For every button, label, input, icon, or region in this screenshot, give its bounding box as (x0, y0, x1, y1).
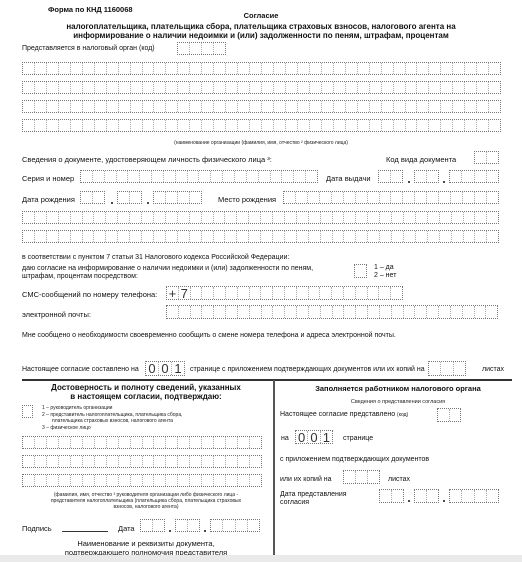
input-cell[interactable] (451, 306, 463, 318)
input-cell[interactable] (95, 437, 107, 448)
input-cell[interactable] (355, 265, 366, 277)
input-cell[interactable] (392, 231, 404, 242)
input-cell[interactable] (380, 306, 392, 318)
input-cell[interactable] (356, 287, 368, 299)
input-cell[interactable] (475, 171, 487, 182)
input-cell[interactable] (81, 192, 93, 203)
input-cell[interactable] (47, 212, 59, 223)
input-cell[interactable] (394, 82, 406, 93)
input-cell[interactable] (35, 63, 47, 74)
input-cell[interactable] (178, 475, 190, 486)
input-cell[interactable] (417, 101, 429, 112)
input-cell[interactable] (107, 82, 119, 93)
signer-date-day[interactable] (140, 519, 165, 532)
input-cell[interactable] (140, 171, 152, 182)
input-cell[interactable] (143, 101, 155, 112)
input-cell[interactable] (35, 437, 47, 448)
input-cell[interactable] (226, 63, 238, 74)
input-cell[interactable] (356, 231, 368, 242)
birth-place-row-2[interactable] (22, 211, 499, 224)
input-cell[interactable] (465, 120, 477, 131)
input-cell[interactable] (282, 171, 294, 182)
input-cell[interactable] (382, 120, 394, 131)
input-cell[interactable] (298, 101, 310, 112)
input-cell[interactable] (190, 192, 201, 203)
input-cell[interactable] (368, 231, 380, 242)
input-cell[interactable] (190, 43, 202, 54)
input-cell[interactable] (404, 306, 416, 318)
input-cell[interactable] (487, 490, 498, 502)
input-cell[interactable] (166, 120, 178, 131)
input-cell[interactable] (202, 101, 214, 112)
input-cell[interactable] (394, 101, 406, 112)
input-cell[interactable] (131, 63, 143, 74)
input-cell[interactable] (226, 287, 238, 299)
input-cell[interactable] (119, 63, 131, 74)
input-cell[interactable] (403, 192, 415, 203)
input-cell[interactable] (166, 437, 178, 448)
input-cell[interactable] (489, 101, 500, 112)
input-cell[interactable] (47, 475, 59, 486)
input-cell[interactable] (119, 456, 131, 467)
input-cell[interactable] (250, 101, 262, 112)
input-cell[interactable] (118, 192, 130, 203)
input-cell[interactable] (440, 231, 452, 242)
input-cell[interactable] (489, 82, 500, 93)
input-cell[interactable] (475, 490, 487, 502)
input-cell[interactable] (164, 171, 176, 182)
input-cell[interactable] (382, 63, 394, 74)
input-cell[interactable] (259, 171, 271, 182)
input-cell[interactable] (119, 120, 131, 131)
input-cell[interactable] (332, 192, 344, 203)
input-cell[interactable] (309, 212, 321, 223)
input-cell[interactable]: 1 (321, 431, 332, 443)
input-cell[interactable] (379, 171, 391, 182)
input-cell[interactable] (176, 520, 188, 531)
input-cell[interactable] (450, 409, 461, 421)
input-cell[interactable] (296, 192, 308, 203)
input-cell[interactable] (415, 192, 427, 203)
input-cell[interactable] (130, 212, 142, 223)
submitted-code-field[interactable] (437, 408, 461, 422)
input-cell[interactable] (35, 82, 47, 93)
organization-name-row-1[interactable] (22, 62, 501, 75)
input-cell[interactable] (465, 63, 477, 74)
input-cell[interactable] (117, 171, 129, 182)
input-cell[interactable] (23, 475, 35, 486)
input-cell[interactable] (379, 287, 391, 299)
input-cell[interactable] (439, 192, 451, 203)
input-cell[interactable] (35, 212, 47, 223)
consent-choice-field[interactable] (354, 264, 367, 278)
input-cell[interactable] (321, 212, 333, 223)
birth-place-row-1[interactable] (283, 191, 499, 204)
input-cell[interactable] (284, 192, 296, 203)
input-cell[interactable] (486, 306, 497, 318)
input-cell[interactable] (344, 287, 356, 299)
input-cell[interactable] (166, 192, 178, 203)
input-cell[interactable] (83, 475, 95, 486)
input-cell[interactable] (166, 63, 178, 74)
input-cell[interactable] (321, 306, 333, 318)
input-cell[interactable] (83, 101, 95, 112)
birth-date-month[interactable] (117, 191, 142, 204)
input-cell[interactable] (475, 231, 487, 242)
input-cell[interactable] (310, 82, 322, 93)
input-cell[interactable] (453, 63, 465, 74)
signature-line[interactable] (62, 531, 108, 532)
input-cell[interactable] (370, 101, 382, 112)
input-cell[interactable] (249, 212, 261, 223)
input-cell[interactable] (107, 475, 119, 486)
input-cell[interactable] (226, 82, 238, 93)
input-cell[interactable] (334, 82, 346, 93)
input-cell[interactable] (250, 287, 262, 299)
input-cell[interactable] (346, 63, 358, 74)
input-cell[interactable] (119, 101, 131, 112)
input-cell[interactable] (143, 120, 155, 131)
birth-date-year[interactable] (153, 191, 202, 204)
input-cell[interactable] (214, 82, 226, 93)
input-cell[interactable] (143, 456, 155, 467)
input-cell[interactable] (47, 437, 59, 448)
input-cell[interactable] (190, 101, 202, 112)
input-cell[interactable] (450, 171, 462, 182)
input-cell[interactable] (380, 192, 392, 203)
input-cell[interactable] (94, 212, 106, 223)
input-cell[interactable] (190, 456, 202, 467)
input-cell[interactable] (166, 82, 178, 93)
input-cell[interactable] (154, 63, 166, 74)
input-cell[interactable] (333, 306, 345, 318)
issue-date-month[interactable] (414, 170, 439, 183)
input-cell[interactable] (23, 63, 35, 74)
input-cell[interactable] (406, 63, 418, 74)
input-cell[interactable] (427, 306, 439, 318)
input-cell[interactable] (128, 171, 140, 182)
input-cell[interactable] (465, 101, 477, 112)
input-cell[interactable] (344, 231, 356, 242)
input-cell[interactable] (190, 63, 202, 74)
input-cell[interactable] (462, 171, 474, 182)
input-cell[interactable] (417, 120, 429, 131)
input-cell[interactable] (463, 192, 475, 203)
input-cell[interactable] (83, 63, 95, 74)
input-cell[interactable] (406, 101, 418, 112)
input-cell[interactable] (344, 306, 356, 318)
input-cell[interactable] (178, 82, 190, 93)
input-cell[interactable] (226, 120, 238, 131)
input-cell[interactable] (391, 192, 403, 203)
input-cell[interactable] (191, 287, 203, 299)
input-cell[interactable] (237, 212, 249, 223)
input-cell[interactable] (59, 456, 71, 467)
input-cell[interactable] (406, 82, 418, 93)
input-cell[interactable] (83, 231, 95, 242)
input-cell[interactable] (306, 171, 317, 182)
input-cell[interactable] (131, 82, 143, 93)
issue-date-day[interactable] (378, 170, 403, 183)
input-cell[interactable] (273, 212, 285, 223)
input-cell[interactable] (214, 306, 226, 318)
input-cell[interactable] (322, 82, 334, 93)
input-cell[interactable] (285, 212, 297, 223)
input-cell[interactable] (309, 231, 321, 242)
input-cell[interactable] (94, 231, 106, 242)
input-cell[interactable] (477, 120, 489, 131)
input-cell[interactable] (131, 475, 143, 486)
input-cell[interactable] (380, 490, 392, 502)
submission-date-month[interactable] (414, 489, 439, 503)
input-cell[interactable] (238, 101, 250, 112)
input-cell[interactable] (59, 82, 71, 93)
sheets-count-field[interactable] (428, 361, 466, 376)
input-cell[interactable] (427, 192, 439, 203)
input-cell[interactable] (143, 437, 155, 448)
signer-name-row-2[interactable] (22, 455, 262, 468)
input-cell[interactable] (118, 212, 130, 223)
input-cell[interactable] (310, 101, 322, 112)
input-cell[interactable] (438, 409, 450, 421)
input-cell[interactable] (119, 82, 131, 93)
input-cell[interactable] (262, 306, 274, 318)
input-cell[interactable] (238, 475, 250, 486)
input-cell[interactable] (214, 101, 226, 112)
input-cell[interactable] (415, 490, 427, 502)
input-cell[interactable] (394, 63, 406, 74)
input-cell[interactable] (334, 120, 346, 131)
input-cell[interactable] (333, 231, 345, 242)
organization-name-row-2[interactable] (22, 81, 501, 94)
input-cell[interactable] (71, 212, 83, 223)
input-cell[interactable] (71, 231, 83, 242)
input-cell[interactable] (190, 231, 202, 242)
input-cell[interactable] (356, 212, 368, 223)
input-cell[interactable] (131, 437, 143, 448)
input-cell[interactable] (285, 306, 297, 318)
input-cell[interactable] (199, 171, 211, 182)
input-cell[interactable] (47, 456, 59, 467)
input-cell[interactable] (285, 231, 297, 242)
input-cell[interactable] (226, 475, 238, 486)
input-cell[interactable] (475, 212, 487, 223)
input-cell[interactable] (429, 82, 441, 93)
input-cell[interactable] (297, 306, 309, 318)
input-cell[interactable] (23, 120, 35, 131)
input-cell[interactable] (262, 63, 274, 74)
input-cell[interactable] (166, 101, 178, 112)
input-cell[interactable] (214, 437, 226, 448)
input-cell[interactable] (487, 171, 498, 182)
input-cell[interactable] (178, 437, 190, 448)
input-cell[interactable] (320, 287, 332, 299)
input-cell[interactable] (262, 120, 274, 131)
input-cell[interactable] (262, 101, 274, 112)
input-cell[interactable] (190, 120, 202, 131)
input-cell[interactable] (23, 456, 35, 467)
input-cell[interactable] (346, 120, 358, 131)
input-cell[interactable] (23, 231, 35, 242)
input-cell[interactable] (238, 306, 250, 318)
input-cell[interactable] (310, 63, 322, 74)
input-cell[interactable] (178, 456, 190, 467)
input-cell[interactable] (179, 306, 191, 318)
input-cell[interactable] (95, 63, 107, 74)
input-cell[interactable] (154, 475, 166, 486)
input-cell[interactable] (214, 43, 225, 54)
input-cell[interactable] (334, 101, 346, 112)
input-cell[interactable] (475, 152, 487, 163)
input-cell[interactable] (223, 520, 235, 531)
input-cell[interactable] (47, 101, 59, 112)
input-cell[interactable] (226, 456, 238, 467)
input-cell[interactable] (297, 287, 309, 299)
input-cell[interactable] (247, 171, 259, 182)
input-cell[interactable] (238, 287, 250, 299)
input-cell[interactable] (191, 306, 203, 318)
input-cell[interactable] (238, 63, 250, 74)
input-cell[interactable] (450, 490, 462, 502)
input-cell[interactable] (286, 82, 298, 93)
input-cell[interactable] (83, 82, 95, 93)
input-cell[interactable] (489, 120, 500, 131)
input-cell[interactable] (154, 456, 166, 467)
input-cell[interactable] (93, 171, 105, 182)
input-cell[interactable] (487, 152, 498, 163)
input-cell[interactable] (154, 231, 166, 242)
input-cell[interactable] (214, 212, 226, 223)
input-cell[interactable] (178, 43, 190, 54)
input-cell[interactable] (370, 120, 382, 131)
input-cell[interactable] (286, 101, 298, 112)
input-cell[interactable] (250, 437, 261, 448)
input-cell[interactable] (152, 171, 164, 182)
input-cell[interactable] (119, 437, 131, 448)
input-cell[interactable] (71, 63, 83, 74)
input-cell[interactable] (441, 362, 453, 375)
input-cell[interactable] (95, 82, 107, 93)
input-cell[interactable] (358, 82, 370, 93)
input-cell[interactable]: 7 (179, 287, 191, 299)
input-cell[interactable] (95, 101, 107, 112)
input-cell[interactable] (428, 212, 440, 223)
input-cell[interactable] (105, 171, 117, 182)
input-cell[interactable] (391, 287, 402, 299)
input-cell[interactable] (130, 192, 141, 203)
input-cell[interactable] (154, 212, 166, 223)
input-cell[interactable] (238, 82, 250, 93)
input-cell[interactable] (35, 475, 47, 486)
input-cell[interactable] (404, 212, 416, 223)
input-cell[interactable] (35, 120, 47, 131)
input-cell[interactable] (47, 63, 59, 74)
input-cell[interactable] (47, 82, 59, 93)
input-cell[interactable] (439, 306, 451, 318)
input-cell[interactable] (93, 192, 104, 203)
input-cell[interactable] (382, 101, 394, 112)
input-cell[interactable] (380, 231, 392, 242)
input-cell[interactable] (95, 120, 107, 131)
input-cell[interactable] (346, 101, 358, 112)
input-cell[interactable] (322, 120, 334, 131)
input-cell[interactable] (178, 231, 190, 242)
input-cell[interactable] (23, 406, 32, 417)
input-cell[interactable] (286, 120, 298, 131)
input-cell[interactable] (236, 520, 248, 531)
input-cell[interactable] (190, 437, 202, 448)
input-cell[interactable] (417, 63, 429, 74)
input-cell[interactable] (358, 101, 370, 112)
input-cell[interactable] (250, 82, 262, 93)
input-cell[interactable] (176, 171, 188, 182)
input-cell[interactable] (394, 120, 406, 131)
input-cell[interactable] (358, 63, 370, 74)
input-cell[interactable] (453, 82, 465, 93)
input-cell[interactable] (368, 192, 380, 203)
input-cell[interactable] (178, 101, 190, 112)
input-cell[interactable] (154, 437, 166, 448)
input-cell[interactable] (202, 120, 214, 131)
input-cell[interactable] (415, 306, 427, 318)
input-cell[interactable] (356, 306, 368, 318)
input-cell[interactable] (429, 63, 441, 74)
input-cell[interactable] (83, 212, 95, 223)
input-cell[interactable] (131, 101, 143, 112)
input-cell[interactable] (119, 475, 131, 486)
input-cell[interactable] (453, 120, 465, 131)
input-cell[interactable] (368, 287, 380, 299)
input-cell[interactable] (131, 120, 143, 131)
input-cell[interactable] (273, 231, 285, 242)
input-cell[interactable] (166, 231, 178, 242)
input-cell[interactable] (382, 82, 394, 93)
input-cell[interactable] (346, 82, 358, 93)
input-cell[interactable] (71, 475, 83, 486)
input-cell[interactable] (298, 120, 310, 131)
birth-date-day[interactable] (80, 191, 105, 204)
input-cell[interactable] (273, 306, 285, 318)
input-cell[interactable] (202, 63, 214, 74)
signer-name-row-1[interactable] (22, 436, 262, 449)
input-cell[interactable] (464, 231, 476, 242)
input-cell[interactable] (380, 212, 392, 223)
page-count-field[interactable]: 001 (145, 361, 185, 376)
input-cell[interactable] (23, 437, 35, 448)
input-cell[interactable] (487, 231, 498, 242)
input-cell[interactable] (248, 520, 259, 531)
input-cell[interactable] (321, 231, 333, 242)
birth-place-row-3[interactable] (22, 230, 499, 243)
input-cell[interactable] (392, 306, 404, 318)
signer-date-year[interactable] (210, 519, 260, 532)
input-cell[interactable] (202, 212, 214, 223)
input-cell[interactable] (332, 287, 344, 299)
input-cell[interactable] (273, 287, 285, 299)
input-cell[interactable] (322, 63, 334, 74)
input-cell[interactable]: + (167, 287, 179, 299)
input-cell[interactable] (462, 490, 474, 502)
input-cell[interactable] (225, 212, 237, 223)
submission-date-year[interactable] (449, 489, 499, 503)
input-cell[interactable] (392, 490, 403, 502)
input-cell[interactable] (441, 120, 453, 131)
input-cell[interactable] (368, 212, 380, 223)
input-cell[interactable] (153, 520, 164, 531)
copies-count-field[interactable] (343, 470, 380, 484)
tax-office-page-field[interactable]: 001 (295, 430, 333, 444)
input-cell[interactable] (417, 82, 429, 93)
